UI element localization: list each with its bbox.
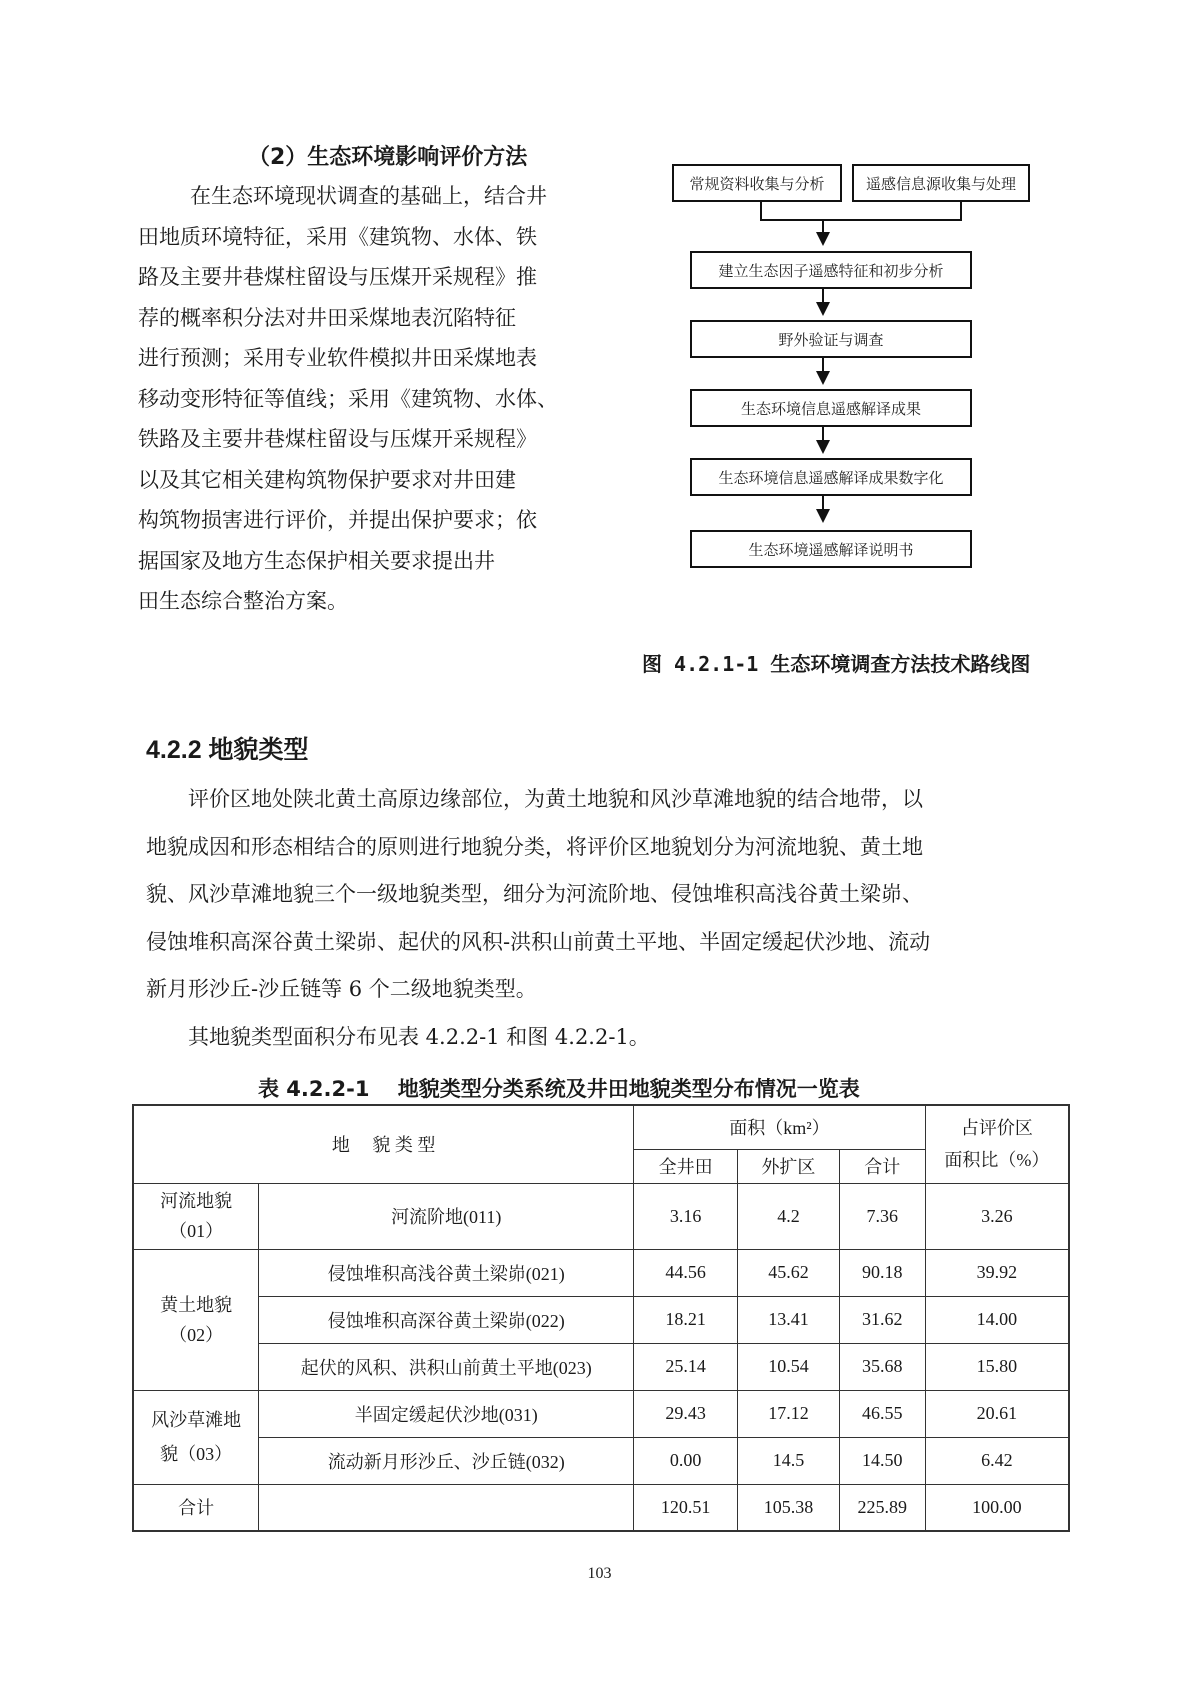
- connector-line: [760, 219, 962, 221]
- paragraph-line: 构筑物损害进行评价，并提出保护要求；依: [138, 500, 645, 541]
- header-percentage: 占评价区 面积比（%）: [925, 1105, 1069, 1183]
- header-mine-field: 全井田: [634, 1149, 738, 1183]
- group-cell: 河流地貌 （01）: [133, 1183, 259, 1249]
- method-paragraph: 在生态环境现状调查的基础上，结合井 田地质环境特征，采用《建筑物、水体、铁 路及…: [190, 176, 645, 622]
- table-row: 起伏的风积、洪积山前黄土平地(023) 25.14 10.54 35.68 15…: [133, 1343, 1069, 1390]
- mine-value: 44.56: [634, 1249, 738, 1296]
- subtype-cell: 半固定缓起伏沙地(031): [259, 1390, 634, 1437]
- paragraph-line: 荐的概率积分法对井田采煤地表沉陷特征: [138, 298, 645, 339]
- group-cell: 风沙草滩地 貌（03）: [133, 1390, 259, 1484]
- paragraph-line: 侵蚀堆积高深谷黄土梁峁、起伏的风积-洪积山前黄土平地、半固定缓起伏沙地、流动: [146, 919, 1056, 967]
- arrow-down-icon: [816, 509, 830, 523]
- arrow-down-icon: [816, 302, 830, 316]
- subtype-cell: 河流阶地(011): [259, 1183, 634, 1249]
- flow-box-data-collection: 常规资料收集与分析: [672, 164, 842, 202]
- table-row: 黄土地貌 （02） 侵蚀堆积高浅谷黄土梁峁(021) 44.56 45.62 9…: [133, 1249, 1069, 1296]
- paragraph-line: 田地质环境特征，采用《建筑物、水体、铁: [138, 217, 645, 258]
- header-total: 合计: [839, 1149, 925, 1183]
- mine-value: 29.43: [634, 1390, 738, 1437]
- group-cell: 黄土地貌 （02）: [133, 1249, 259, 1390]
- pct-value: 100.00: [925, 1484, 1069, 1531]
- paragraph-line: 以及其它相关建构筑物保护要求对井田建: [138, 460, 645, 501]
- landform-paragraph: 评价区地处陕北黄土高原边缘部位，为黄土地貌和风沙草滩地貌的结合地带，以 地貌成因…: [146, 776, 1056, 1061]
- flow-box-step4: 生态环境信息遥感解译成果数字化: [690, 458, 972, 496]
- flow-box-rs-source: 遥感信息源收集与处理: [852, 164, 1030, 202]
- ext-value: 105.38: [738, 1484, 840, 1531]
- paragraph-line: 据国家及地方生态保护相关要求提出井: [138, 541, 645, 582]
- flowchart-figure: 常规资料收集与分析 遥感信息源收集与处理 建立生态因子遥感特征和初步分析 野外验…: [660, 158, 1080, 608]
- paragraph-line: 其地貌类型面积分布见表 4.2.2-1 和图 4.2.2-1。: [146, 1014, 1056, 1062]
- total-value: 7.36: [839, 1183, 925, 1249]
- arrow-down-icon: [816, 232, 830, 246]
- table-header-row: 地 貌 类 型 面积（km²） 占评价区 面积比（%）: [133, 1105, 1069, 1149]
- total-value: 90.18: [839, 1249, 925, 1296]
- paragraph-line: 田生态综合整治方案。: [138, 581, 645, 622]
- pct-value: 20.61: [925, 1390, 1069, 1437]
- paragraph-line: 移动变形特征等值线；采用《建筑物、水体、: [138, 379, 645, 420]
- header-extension-area: 外扩区: [738, 1149, 840, 1183]
- table-row: 风沙草滩地 貌（03） 半固定缓起伏沙地(031) 29.43 17.12 46…: [133, 1390, 1069, 1437]
- flow-box-step2: 野外验证与调查: [690, 320, 972, 358]
- arrow-down-icon: [816, 371, 830, 385]
- total-value: 31.62: [839, 1296, 925, 1343]
- mine-value: 18.21: [634, 1296, 738, 1343]
- flow-box-step5: 生态环境遥感解译说明书: [690, 530, 972, 568]
- pct-value: 15.80: [925, 1343, 1069, 1390]
- flow-box-step3: 生态环境信息遥感解译成果: [690, 389, 972, 427]
- header-pct-line2: 面积比（%）: [926, 1144, 1068, 1176]
- pct-value: 14.00: [925, 1296, 1069, 1343]
- header-pct-line1: 占评价区: [926, 1112, 1068, 1144]
- total-value: 46.55: [839, 1390, 925, 1437]
- paragraph-line: 地貌成因和形态相结合的原则进行地貌分类，将评价区地貌划分为河流地貌、黄土地: [146, 824, 1056, 872]
- subtype-cell: 侵蚀堆积高浅谷黄土梁峁(021): [259, 1249, 634, 1296]
- group-name: 河流地貌: [134, 1186, 258, 1216]
- mine-value: 120.51: [634, 1484, 738, 1531]
- ext-value: 45.62: [738, 1249, 840, 1296]
- subtype-cell: 起伏的风积、洪积山前黄土平地(023): [259, 1343, 634, 1390]
- table-row: 河流地貌 （01） 河流阶地(011) 3.16 4.2 7.36 3.26: [133, 1183, 1069, 1249]
- table-total-row: 合计 120.51 105.38 225.89 100.00: [133, 1484, 1069, 1531]
- arrow-down-icon: [816, 440, 830, 454]
- group-code: （02）: [134, 1320, 258, 1350]
- paragraph-line: 铁路及主要井巷煤柱留设与压煤开采规程》: [138, 419, 645, 460]
- total-value: 225.89: [839, 1484, 925, 1531]
- header-landform-type: 地 貌 类 型: [133, 1105, 634, 1183]
- ext-value: 17.12: [738, 1390, 840, 1437]
- table-caption: 表 4.2.2-1 地貌类型分类系统及井田地貌类型分布情况一览表: [258, 1073, 860, 1103]
- table-row: 侵蚀堆积高深谷黄土梁峁(022) 18.21 13.41 31.62 14.00: [133, 1296, 1069, 1343]
- mine-value: 3.16: [634, 1183, 738, 1249]
- pct-value: 6.42: [925, 1437, 1069, 1484]
- paragraph-line: 在生态环境现状调查的基础上，结合井: [138, 176, 645, 217]
- total-value: 35.68: [839, 1343, 925, 1390]
- subtype-cell: 侵蚀堆积高深谷黄土梁峁(022): [259, 1296, 634, 1343]
- ext-value: 13.41: [738, 1296, 840, 1343]
- total-label: 合计: [133, 1484, 259, 1531]
- subtype-cell: [259, 1484, 634, 1531]
- figure-caption: 图 4.2.1-1 生态环境调查方法技术路线图: [642, 648, 1030, 677]
- mine-value: 25.14: [634, 1343, 738, 1390]
- connector-line: [760, 202, 762, 220]
- page-number: 103: [0, 1565, 1199, 1583]
- connector-line: [960, 202, 962, 220]
- total-value: 14.50: [839, 1437, 925, 1484]
- paragraph-line: 新月形沙丘-沙丘链等 6 个二级地貌类型。: [146, 966, 1056, 1014]
- paragraph-line: 进行预测；采用专业软件模拟井田采煤地表: [138, 338, 645, 379]
- ext-value: 10.54: [738, 1343, 840, 1390]
- subsection-heading: （2）生态环境影响评价方法: [248, 140, 527, 171]
- pct-value: 39.92: [925, 1249, 1069, 1296]
- mine-value: 0.00: [634, 1437, 738, 1484]
- paragraph-line: 貌、风沙草滩地貌三个一级地貌类型，细分为河流阶地、侵蚀堆积高浅谷黄土梁峁、: [146, 871, 1056, 919]
- section-title: 4.2.2 地貌类型: [146, 730, 309, 766]
- ext-value: 14.5: [738, 1437, 840, 1484]
- pct-value: 3.26: [925, 1183, 1069, 1249]
- paragraph-line: 路及主要井巷煤柱留设与压煤开采规程》推: [138, 257, 645, 298]
- landform-table: 地 貌 类 型 面积（km²） 占评价区 面积比（%） 全井田 外扩区 合计 河…: [132, 1104, 1070, 1532]
- subtype-cell: 流动新月形沙丘、沙丘链(032): [259, 1437, 634, 1484]
- flow-box-step1: 建立生态因子遥感特征和初步分析: [690, 251, 972, 289]
- header-area-group: 面积（km²）: [634, 1105, 926, 1149]
- group-name: 黄土地貌: [134, 1290, 258, 1320]
- group-code: 貌（03）: [134, 1437, 258, 1471]
- group-name: 风沙草滩地: [134, 1403, 258, 1437]
- paragraph-line: 评价区地处陕北黄土高原边缘部位，为黄土地貌和风沙草滩地貌的结合地带，以: [146, 776, 1056, 824]
- group-code: （01）: [134, 1216, 258, 1246]
- table-row: 流动新月形沙丘、沙丘链(032) 0.00 14.5 14.50 6.42: [133, 1437, 1069, 1484]
- ext-value: 4.2: [738, 1183, 840, 1249]
